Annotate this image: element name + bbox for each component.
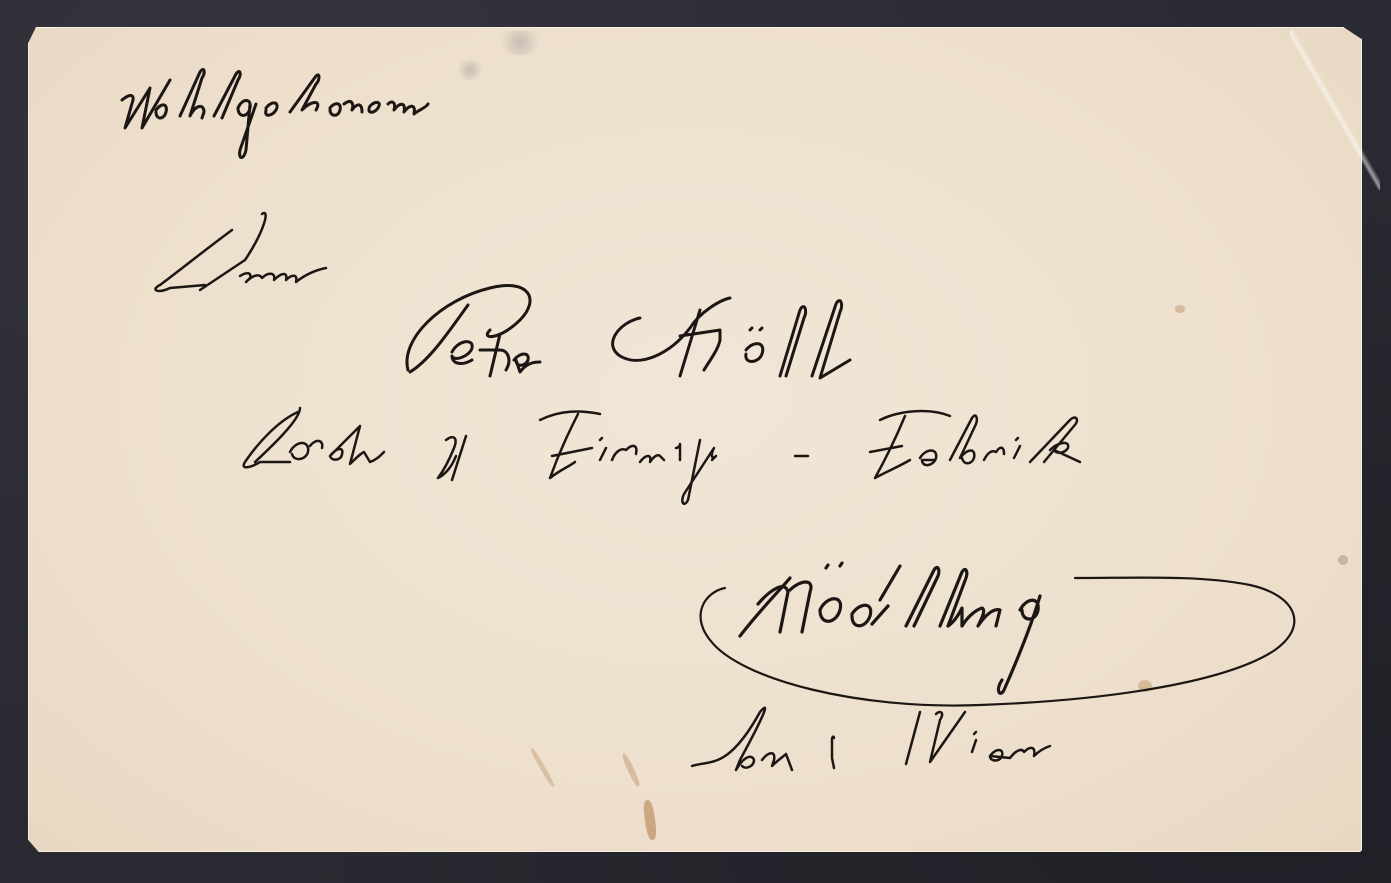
title-ink xyxy=(155,213,326,291)
business-ink xyxy=(244,408,1080,504)
salutation-ink xyxy=(122,70,428,158)
region-ink xyxy=(692,708,1050,770)
name-ink xyxy=(407,286,850,378)
town-ink xyxy=(740,563,1040,693)
handwriting-ink xyxy=(0,0,1391,883)
